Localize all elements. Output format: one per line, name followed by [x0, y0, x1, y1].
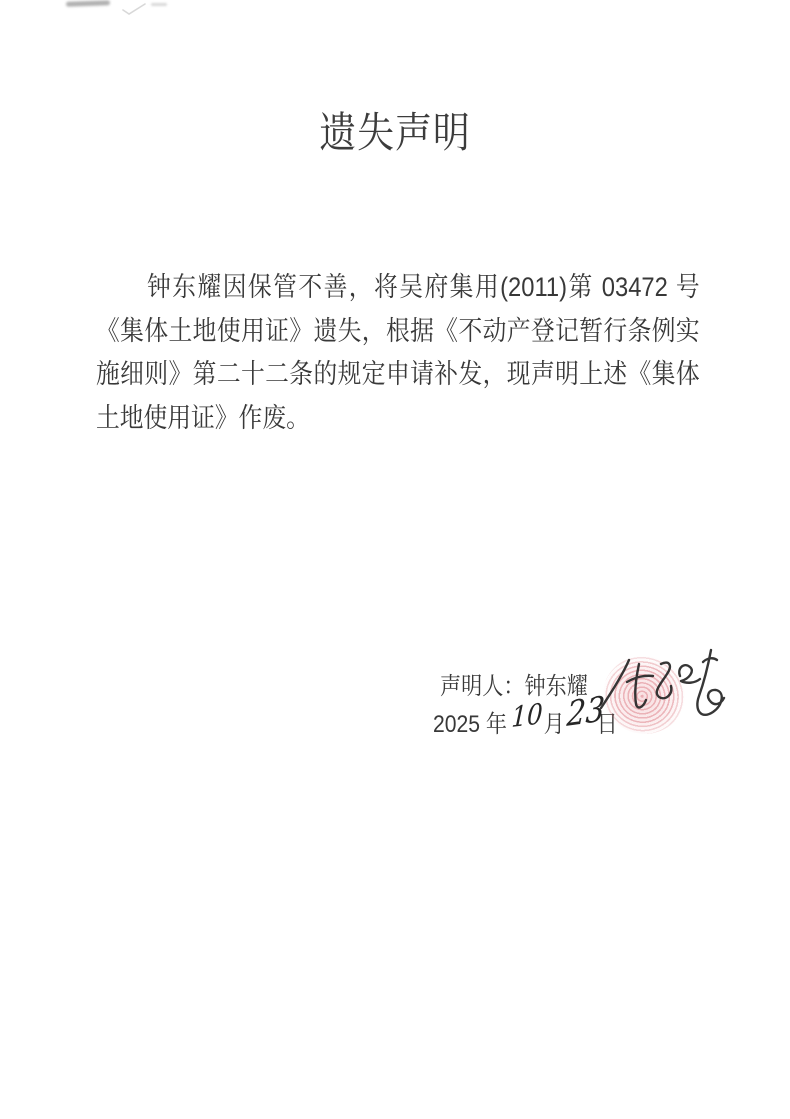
- date-month-handwritten: 10: [511, 702, 543, 730]
- declarant-label: 声明人：钟东耀: [440, 666, 588, 701]
- date-year-printed: 2025 年: [433, 704, 507, 739]
- document-title: 遗失声明: [47, 100, 742, 160]
- body-line: 土地使用证》作废。: [96, 397, 700, 441]
- handwritten-signature: 钟东耀: [583, 640, 733, 745]
- date-month-unit: 月: [544, 704, 565, 739]
- body-line: 施细则》第二十二条的规定申请补发，现声明上述《集体: [96, 353, 700, 397]
- scan-smudge-checkmark: [121, 2, 147, 21]
- scan-smudge: [151, 3, 167, 6]
- scan-smudge: [66, 0, 110, 7]
- body-line: 《集体土地使用证》遗失，根据《不动产登记暂行条例实: [96, 310, 700, 354]
- scanned-declaration-page: 遗失声明 钟东耀因保管不善，将吴府集用(2011)第 03472 号 《集体土地…: [0, 0, 790, 1119]
- declaration-body: 钟东耀因保管不善，将吴府集用(2011)第 03472 号 《集体土地使用证》遗…: [96, 266, 700, 440]
- body-line: 钟东耀因保管不善，将吴府集用(2011)第 03472 号: [96, 266, 700, 310]
